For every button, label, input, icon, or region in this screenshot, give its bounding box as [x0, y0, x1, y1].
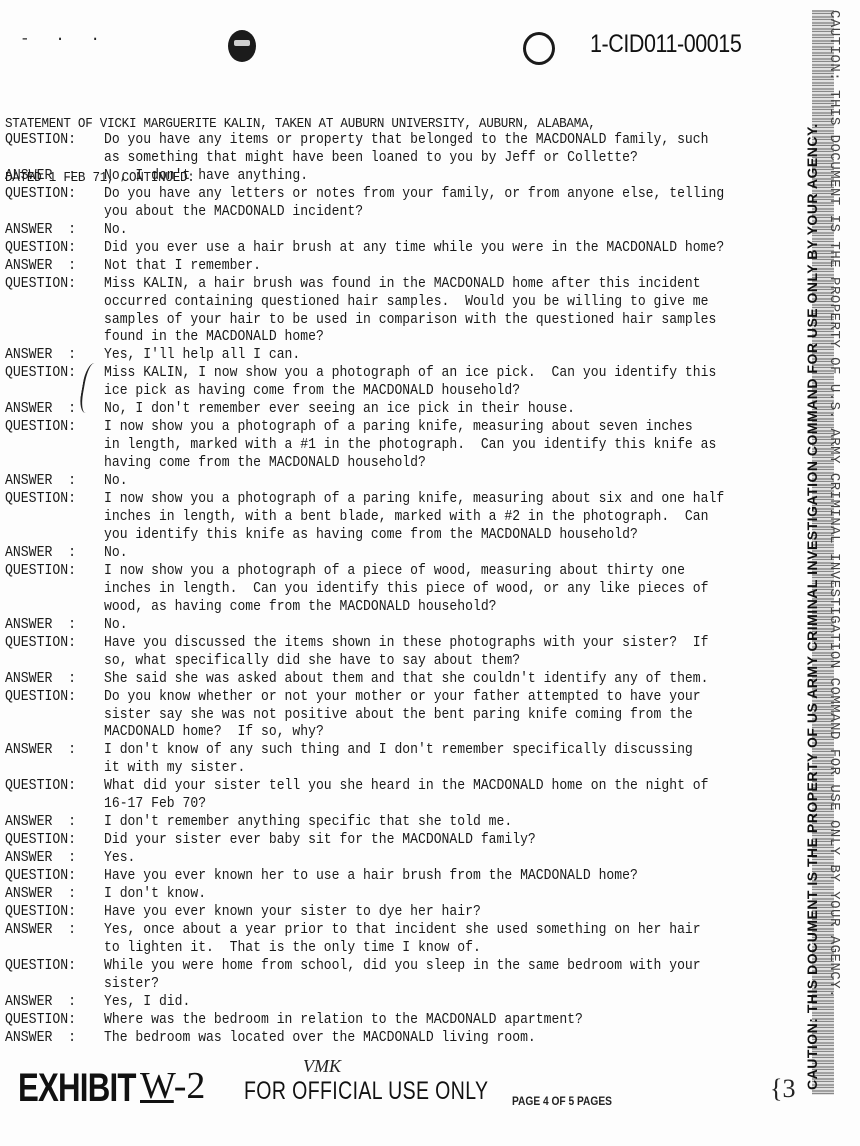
question-label: QUESTION: [5, 958, 97, 976]
answer-text: I don't know. [104, 886, 764, 904]
text-line: I don't know of any such thing and I don… [104, 742, 764, 760]
text-line: you identify this knife as having come f… [104, 527, 764, 545]
text-line: as something that might have been loaned… [104, 150, 764, 168]
text-line: No. [104, 617, 764, 635]
text-line: Have you ever known your sister to dye h… [104, 904, 764, 922]
question-entry: QUESTION:Have you ever known her to use … [5, 868, 825, 886]
answer-text: I don't remember anything specific that … [104, 814, 764, 832]
answer-text: Not that I remember. [104, 258, 764, 276]
text-line: Miss KALIN, a hair brush was found in th… [104, 276, 764, 294]
text-line: No. [104, 473, 764, 491]
text-line: No, I don't have anything. [104, 168, 764, 186]
text-line: occurred containing questioned hair samp… [104, 294, 764, 312]
document-id: 1-CID011-00015 [590, 30, 741, 59]
document-page: - · · 1-CID011-00015 STATEMENT OF VICKI … [0, 0, 860, 1146]
text-line: While you were home from school, did you… [104, 958, 764, 976]
text-line: samples of your hair to be used in compa… [104, 312, 764, 330]
question-text: Have you ever known her to use a hair br… [104, 868, 764, 886]
exhibit-number: W-2 [140, 1064, 205, 1108]
text-line: Yes, once about a year prior to that inc… [104, 922, 764, 940]
question-label: QUESTION: [5, 778, 97, 796]
statement-title-line-1: STATEMENT OF VICKI MARGUERITE KALIN, TAK… [5, 115, 596, 133]
question-entry: QUESTION:Do you know whether or not your… [5, 689, 825, 743]
text-line: She said she was asked about them and th… [104, 671, 764, 689]
question-entry: QUESTION:I now show you a photograph of … [5, 419, 825, 473]
text-line: No. [104, 545, 764, 563]
header-scribbles: - · · [20, 30, 108, 48]
text-line: What did your sister tell you she heard … [104, 778, 764, 796]
answer-entry: ANSWER :Not that I remember. [5, 258, 825, 276]
text-line: Do you know whether or not your mother o… [104, 689, 764, 707]
margin-caution-mirror: CAUTION: THIS DOCUMENT IS THE PROPERTY O… [824, 10, 842, 1090]
question-label: QUESTION: [5, 635, 97, 653]
text-line: No, I don't remember ever seeing an ice … [104, 401, 764, 419]
answer-entry: ANSWER :No. [5, 545, 825, 563]
text-line: I don't remember anything specific that … [104, 814, 764, 832]
question-label: QUESTION: [5, 868, 97, 886]
question-text: I now show you a photograph of a piece o… [104, 563, 764, 617]
text-line: inches in length. Can you identify this … [104, 581, 764, 599]
answer-label: ANSWER : [5, 258, 97, 276]
answer-text: No, I don't have anything. [104, 168, 764, 186]
question-label: QUESTION: [5, 276, 97, 294]
question-entry: QUESTION:Have you discussed the items sh… [5, 635, 825, 671]
answer-entry: ANSWER :I don't remember anything specif… [5, 814, 825, 832]
text-line: sister say she was not positive about th… [104, 707, 764, 725]
answer-label: ANSWER : [5, 922, 97, 940]
question-entry: QUESTION:Miss KALIN, a hair brush was fo… [5, 276, 825, 348]
exhibit-letter: W [140, 1065, 174, 1107]
text-line: Have you ever known her to use a hair br… [104, 868, 764, 886]
answer-entry: ANSWER :Yes, I'll help all I can. [5, 347, 825, 365]
question-text: Have you discussed the items shown in th… [104, 635, 764, 671]
answer-text: No, I don't remember ever seeing an ice … [104, 401, 764, 419]
question-text: Miss KALIN, I now show you a photograph … [104, 365, 764, 401]
handwritten-initials: VMK [303, 1056, 341, 1077]
question-entry: QUESTION:I now show you a photograph of … [5, 563, 825, 617]
page-footer: EXHIBIT W-2 VMK FOR OFFICIAL USE ONLY PA… [0, 1060, 860, 1120]
answer-label: ANSWER : [5, 473, 97, 491]
answer-entry: ANSWER :Yes. [5, 850, 825, 868]
answer-entry: ANSWER :I don't know of any such thing a… [5, 742, 825, 778]
answer-entry: ANSWER :She said she was asked about the… [5, 671, 825, 689]
answer-entry: ANSWER :No, I don't have anything. [5, 168, 825, 186]
circle-mark-icon [523, 32, 555, 65]
answer-label: ANSWER : [5, 347, 97, 365]
answer-label: ANSWER : [5, 1030, 97, 1048]
text-line: Where was the bedroom in relation to the… [104, 1012, 764, 1030]
answer-entry: ANSWER :No, I don't remember ever seeing… [5, 401, 825, 419]
text-line: I now show you a photograph of a piece o… [104, 563, 764, 581]
answer-label: ANSWER : [5, 168, 97, 186]
answer-entry: ANSWER :Yes, I did. [5, 994, 825, 1012]
text-line: ice pick as having come from the MACDONA… [104, 383, 764, 401]
answer-label: ANSWER : [5, 222, 97, 240]
exhibit-suffix: -2 [174, 1065, 206, 1107]
question-label: QUESTION: [5, 689, 97, 707]
answer-text: She said she was asked about them and th… [104, 671, 764, 689]
text-line: Yes. [104, 850, 764, 868]
question-label: QUESTION: [5, 186, 97, 204]
question-label: QUESTION: [5, 132, 97, 150]
page-count: PAGE 4 OF 5 PAGES [512, 1094, 612, 1108]
answer-text: No. [104, 473, 764, 491]
question-label: QUESTION: [5, 1012, 97, 1030]
text-line: having come from the MACDONALD household… [104, 455, 764, 473]
answer-text: No. [104, 222, 764, 240]
text-line: you about the MACDONALD incident? [104, 204, 764, 222]
question-label: QUESTION: [5, 240, 97, 258]
answer-label: ANSWER : [5, 545, 97, 563]
answer-text: I don't know of any such thing and I don… [104, 742, 764, 778]
question-text: While you were home from school, did you… [104, 958, 764, 994]
question-text: Where was the bedroom in relation to the… [104, 1012, 764, 1030]
question-entry: QUESTION:I now show you a photograph of … [5, 491, 825, 545]
answer-label: ANSWER : [5, 671, 97, 689]
text-line: MACDONALD home? If so, why? [104, 724, 764, 742]
answer-entry: ANSWER :The bedroom was located over the… [5, 1030, 825, 1048]
question-entry: QUESTION:What did your sister tell you s… [5, 778, 825, 814]
answer-entry: ANSWER :I don't know. [5, 886, 825, 904]
question-answer-list: QUESTION:Do you have any items or proper… [5, 132, 825, 1048]
answer-label: ANSWER : [5, 886, 97, 904]
answer-text: Yes, once about a year prior to that inc… [104, 922, 764, 958]
answer-entry: ANSWER :No. [5, 473, 825, 491]
question-text: I now show you a photograph of a paring … [104, 491, 764, 545]
question-entry: QUESTION:Where was the bedroom in relati… [5, 1012, 825, 1030]
text-line: sister? [104, 976, 764, 994]
handwritten-page-mark: {3 [770, 1074, 795, 1104]
text-line: No. [104, 222, 764, 240]
text-line: Did your sister ever baby sit for the MA… [104, 832, 764, 850]
answer-text: No. [104, 617, 764, 635]
answer-text: Yes, I did. [104, 994, 764, 1012]
question-text: Do you know whether or not your mother o… [104, 689, 764, 743]
text-line: Do you have any letters or notes from yo… [104, 186, 764, 204]
answer-text: The bedroom was located over the MACDONA… [104, 1030, 764, 1048]
question-entry: QUESTION:Miss KALIN, I now show you a ph… [5, 365, 825, 401]
official-use-stamp: FOR OFFICIAL USE ONLY [244, 1077, 488, 1106]
question-entry: QUESTION:Do you have any letters or note… [5, 186, 825, 222]
question-text: Have you ever known your sister to dye h… [104, 904, 764, 922]
text-line: Yes, I'll help all I can. [104, 347, 764, 365]
seal-icon [228, 30, 256, 62]
text-line: so, what specifically did she have to sa… [104, 653, 764, 671]
exhibit-label: EXHIBIT [18, 1066, 136, 1111]
answer-entry: ANSWER :No. [5, 617, 825, 635]
text-line: Not that I remember. [104, 258, 764, 276]
answer-label: ANSWER : [5, 850, 97, 868]
text-line: in length, marked with a #1 in the photo… [104, 437, 764, 455]
question-label: QUESTION: [5, 491, 97, 509]
answer-label: ANSWER : [5, 994, 97, 1012]
text-line: inches in length, with a bent blade, mar… [104, 509, 764, 527]
question-text: I now show you a photograph of a paring … [104, 419, 764, 473]
text-line: Miss KALIN, I now show you a photograph … [104, 365, 764, 383]
answer-label: ANSWER : [5, 814, 97, 832]
text-line: I don't know. [104, 886, 764, 904]
answer-label: ANSWER : [5, 742, 97, 760]
question-entry: QUESTION:Have you ever known your sister… [5, 904, 825, 922]
text-line: Did you ever use a hair brush at any tim… [104, 240, 764, 258]
answer-entry: ANSWER :No. [5, 222, 825, 240]
text-line: The bedroom was located over the MACDONA… [104, 1030, 764, 1048]
text-line: to lighten it. That is the only time I k… [104, 940, 764, 958]
margin-caution-stamp: CAUTION: THIS DOCUMENT IS THE PROPERTY O… [804, 10, 824, 1090]
answer-text: No. [104, 545, 764, 563]
answer-text: Yes, I'll help all I can. [104, 347, 764, 365]
question-entry: QUESTION:Do you have any items or proper… [5, 132, 825, 168]
question-label: QUESTION: [5, 563, 97, 581]
text-line: Do you have any items or property that b… [104, 132, 764, 150]
text-line: Yes, I did. [104, 994, 764, 1012]
question-text: Do you have any items or property that b… [104, 132, 764, 168]
question-label: QUESTION: [5, 419, 97, 437]
question-label: QUESTION: [5, 904, 97, 922]
text-line: 16-17 Feb 70? [104, 796, 764, 814]
answer-label: ANSWER : [5, 617, 97, 635]
question-text: Do you have any letters or notes from yo… [104, 186, 764, 222]
question-entry: QUESTION:Did your sister ever baby sit f… [5, 832, 825, 850]
question-text: What did your sister tell you she heard … [104, 778, 764, 814]
question-text: Did your sister ever baby sit for the MA… [104, 832, 764, 850]
text-line: Have you discussed the items shown in th… [104, 635, 764, 653]
text-line: found in the MACDONALD home? [104, 329, 764, 347]
text-line: I now show you a photograph of a paring … [104, 419, 764, 437]
answer-entry: ANSWER :Yes, once about a year prior to … [5, 922, 825, 958]
question-entry: QUESTION:Did you ever use a hair brush a… [5, 240, 825, 258]
text-line: it with my sister. [104, 760, 764, 778]
text-line: wood, as having come from the MACDONALD … [104, 599, 764, 617]
text-line: I now show you a photograph of a paring … [104, 491, 764, 509]
question-entry: QUESTION:While you were home from school… [5, 958, 825, 994]
question-label: QUESTION: [5, 832, 97, 850]
question-text: Did you ever use a hair brush at any tim… [104, 240, 764, 258]
answer-text: Yes. [104, 850, 764, 868]
question-text: Miss KALIN, a hair brush was found in th… [104, 276, 764, 348]
